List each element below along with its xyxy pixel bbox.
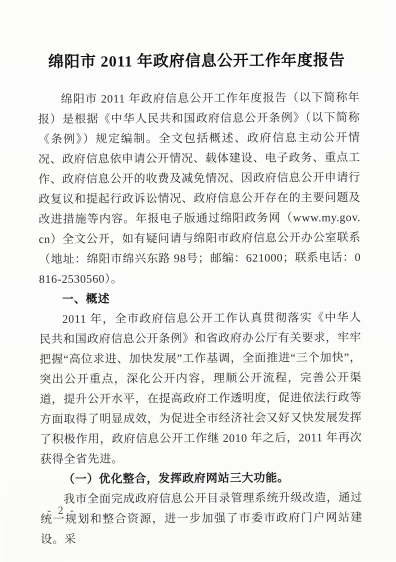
website-construction-paragraph: 我市全面完成政府信息公开目录管理系统升级改造，通过统一规划和整合资源，进一步加强… <box>40 488 362 550</box>
section-heading-overview: 一、概述 <box>39 288 361 310</box>
scanned-document-page: 绵阳市 2011 年政府信息公开工作年度报告 绵阳市 2011 年政府信息公开工… <box>0 0 396 561</box>
page-number: - 2 - <box>47 505 75 517</box>
report-body: 绵阳市 2011 年政府信息公开工作年度报告（以下简称年报）是根据《中华人民共和… <box>0 88 396 550</box>
subsection-heading-website-functions: （一）优化整合，发挥政府网站三大功能。 <box>40 468 362 490</box>
overview-paragraph: 2011 年，全市政府信息公开工作认真贯彻落实《中华人民共和国政府信息公开条例》… <box>39 308 362 470</box>
intro-paragraph: 绵阳市 2011 年政府信息公开工作年度报告（以下简称年报）是根据《中华人民共和… <box>38 88 361 290</box>
report-title: 绵阳市 2011 年政府信息公开工作年度报告 <box>25 49 369 75</box>
